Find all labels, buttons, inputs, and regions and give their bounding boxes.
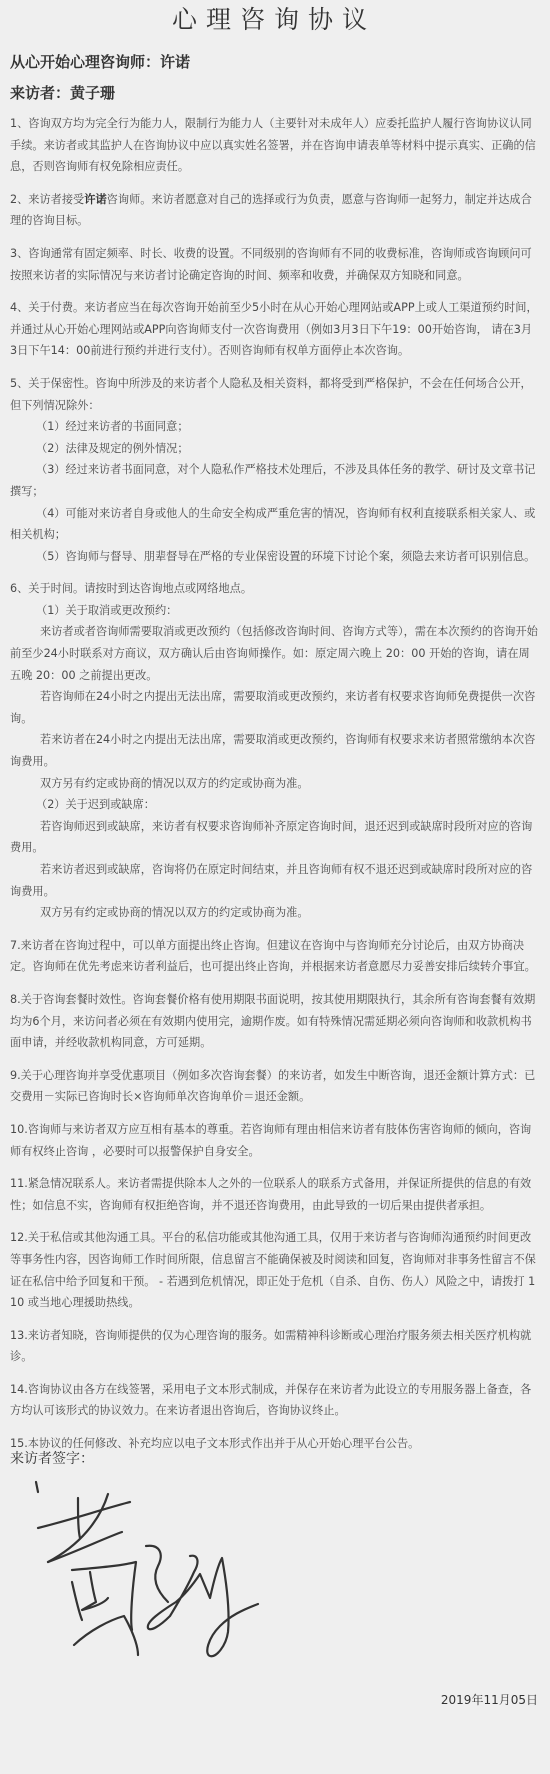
counselor-name: 许诺: [84, 193, 106, 206]
visitor-line: 来访者：黄子珊: [10, 83, 538, 103]
clause-7: 7.来访者在咨询过程中，可以单方面提出终止咨询。但建议在咨询中与咨询师充分讨论后…: [10, 935, 538, 978]
clause-4: 4、关于付费。来访者应当在每次咨询开始前至少5小时在从心开始心理网站或APP上或…: [10, 297, 538, 362]
clause-5-item: （5）咨询师与督导、朋辈督导在严格的专业保密设置的环境下讨论个案，须隐去来访者可…: [10, 546, 538, 568]
clause-10: 10.咨询师与来访者双方应互相有基本的尊重。若咨询师有理由相信来访者有肢体伤害咨…: [10, 1119, 538, 1162]
clause-2: 2、来访者接受许诺咨询师。来访者愿意对自己的选择或行为负责，愿意与咨询师一起努力…: [10, 189, 538, 232]
clause-6-sub1-para: 双方另有约定或协商的情况以双方的约定或协商为准。: [10, 773, 538, 795]
clause-8: 8.关于咨询套餐时效性。咨询套餐价格有使用期限书面说明，按其使用期限执行，其余所…: [10, 989, 538, 1054]
counselor-line: 从心开始心理咨询师：许诺: [10, 52, 538, 72]
clause-6-sub2-para: 双方另有约定或协商的情况以双方的约定或协商为准。: [10, 902, 538, 924]
clause-3: 3、咨询通常有固定频率、时长、收费的设置。不同级别的咨询师有不同的收费标准，咨询…: [10, 243, 538, 286]
clause-9: 9.关于心理咨询并享受优惠项目（例如多次咨询套餐）的来访者，如发生中断咨询，退还…: [10, 1065, 538, 1108]
clause-6-sub1-title: （1）关于取消或更改预约：: [10, 600, 538, 622]
clause-5-item: （1）经过来访者的书面同意；: [10, 416, 538, 438]
handwritten-signature-icon: [20, 1470, 260, 1670]
clause-6-sub1-para: 来访者或者咨询师需要取消或更改预约（包括修改咨询时间、咨询方式等），需在本次预约…: [10, 621, 538, 686]
clause-14: 14.咨询协议由各方在线签署，采用电子文本形式制成，并保存在来访者为此设立的专用…: [10, 1379, 538, 1422]
clause-1: 1、咨询双方均为完全行为能力人，限制行为能力人（主要针对未成年人）应委托监护人履…: [10, 113, 538, 178]
clause-5-item: （2）法律及规定的例外情况；: [10, 438, 538, 460]
clause-5-item: （3）经过来访者书面同意，对个人隐私作严格技术处理后，不涉及具体任务的教学、研讨…: [10, 459, 538, 502]
clause-5: 5、关于保密性。咨询中所涉及的来访者个人隐私及相关资料，都将受到严格保护，不会在…: [10, 373, 538, 416]
clause-6: 6、关于时间。请按时到达咨询地点或网络地点。: [10, 578, 538, 600]
signature-label: 来访者签字：: [10, 1448, 94, 1468]
clause-2-prefix: 2、来访者接受: [10, 193, 84, 206]
signature-date: 2019年11月05日: [441, 1691, 538, 1708]
clause-6-sub2-para: 若咨询师迟到或缺席，来访者有权要求咨询师补齐原定咨询时间，退还迟到或缺席时段所对…: [10, 816, 538, 859]
clause-6-sub1-para: 若咨询师在24小时之内提出无法出席，需要取消或更改预约，来访者有权要求咨询师免费…: [10, 686, 538, 729]
clause-13: 13.来访者知晓，咨询师提供的仅为心理咨询的服务。如需精神科诊断或心理治疗服务须…: [10, 1325, 538, 1368]
clause-6-sub2-para: 若来访者迟到或缺席，咨询将仍在原定时间结束，并且咨询师有权不退还迟到或缺席时段所…: [10, 859, 538, 902]
clause-12: 12.关于私信或其他沟通工具。平台的私信功能或其他沟通工具，仅用于来访者与咨询师…: [10, 1227, 538, 1313]
clause-11: 11.紧急情况联系人。来访者需提供除本人之外的一位联系人的联系方式备用，并保证所…: [10, 1173, 538, 1216]
agreement-document: 心理咨询协议 从心开始心理咨询师：许诺 来访者：黄子珊 1、咨询双方均为完全行为…: [10, 0, 538, 1455]
clause-5-item: （4）可能对来访者自身或他人的生命安全构成严重危害的情况，咨询师有权利直接联系相…: [10, 503, 538, 546]
clause-6-sub2-title: （2）关于迟到或缺席：: [10, 794, 538, 816]
document-title: 心理咨询协议: [10, 2, 538, 38]
clause-6-sub1-para: 若来访者在24小时之内提出无法出席，需要取消或更改预约，咨询师有权要求来访者照常…: [10, 729, 538, 772]
